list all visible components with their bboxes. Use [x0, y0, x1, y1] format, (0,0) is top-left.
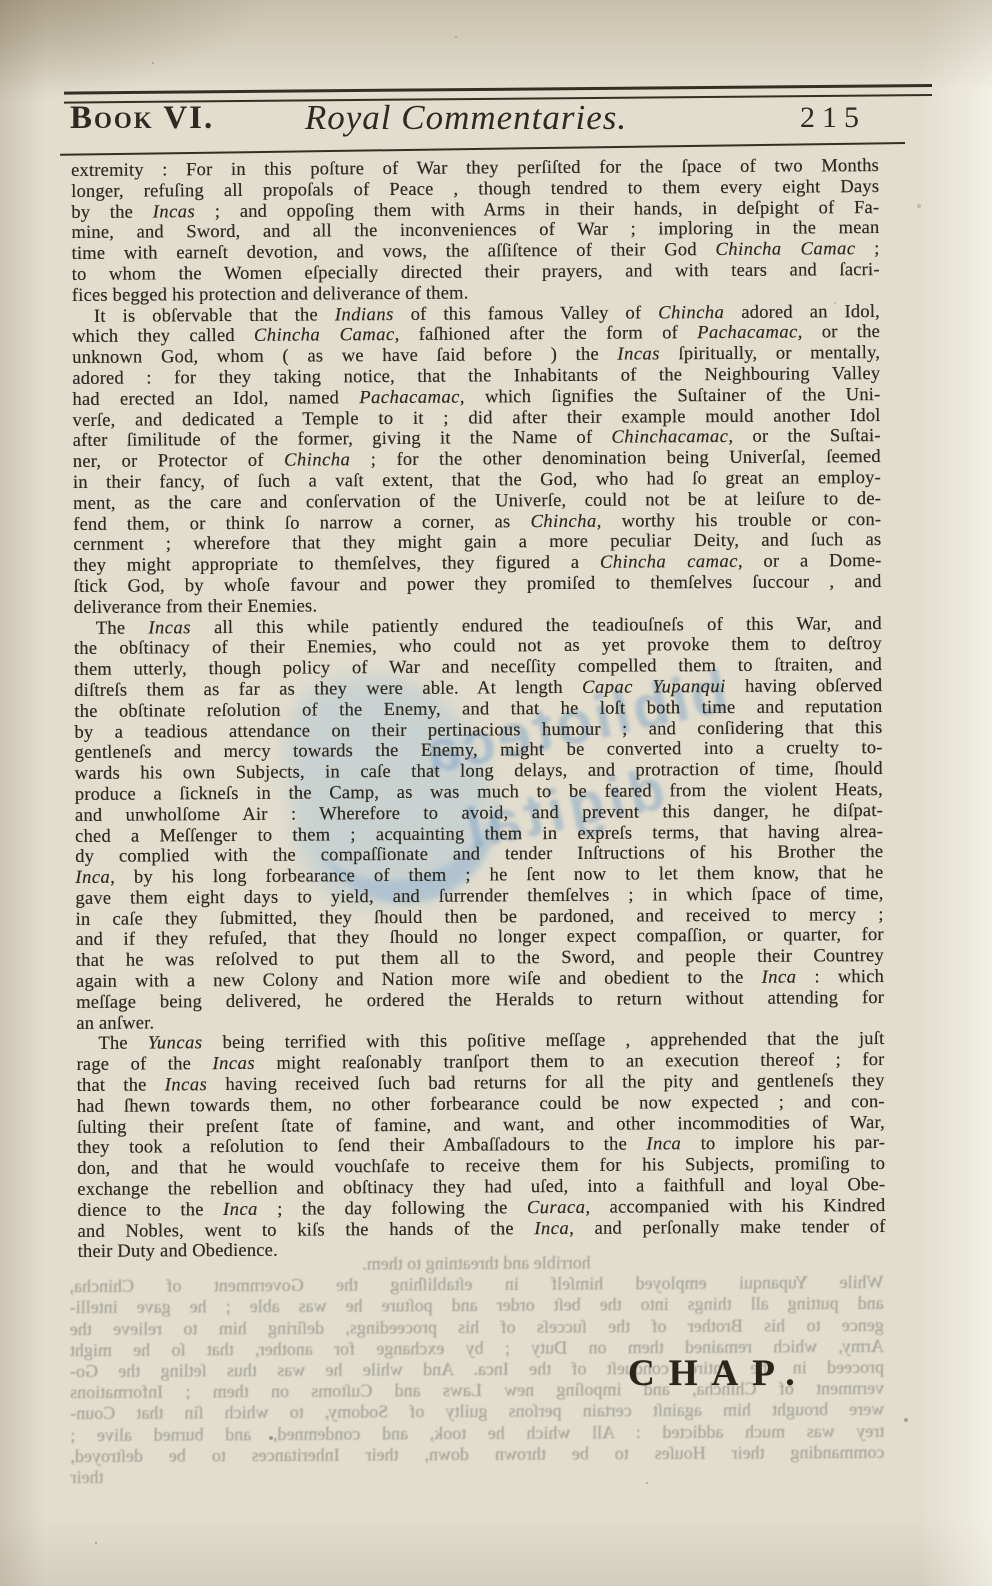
book-page: Book VI. Royal Commentaries. 215 bibliot…	[0, 0, 992, 1586]
running-header: Book VI. Royal Commentaries. 215	[0, 98, 992, 144]
header-rule	[60, 142, 905, 156]
bleed-through-line: commanding their Houſes to be thrown dow…	[70, 1442, 884, 1467]
chapter-catchword: CHAP.	[628, 1352, 809, 1395]
page-title: Royal Commentaries.	[0, 98, 932, 138]
top-rule-outer	[64, 84, 932, 95]
text-block: extremity : For in this poſture of War t…	[71, 156, 886, 1263]
page-number: 215	[800, 101, 866, 135]
paper-specks	[0, 0, 2, 2]
bleed-through-line: their	[71, 1463, 885, 1488]
